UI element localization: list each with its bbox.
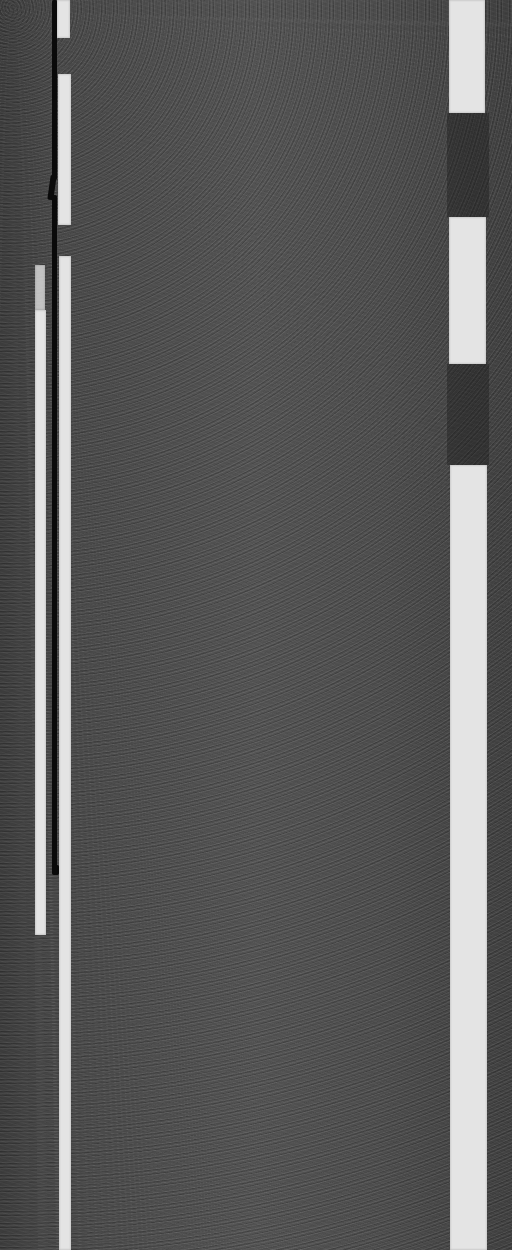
- edge-line: [35, 310, 46, 935]
- edge-line-worn: [35, 265, 45, 310]
- road-surface: Top-down aerial view of an asphalt road …: [0, 0, 512, 1250]
- pavement-crack: [52, 195, 57, 875]
- lane-marking-solid: [59, 256, 71, 1250]
- lane-marking-dash: [449, 217, 486, 364]
- worn-gap-shadow: [447, 364, 489, 465]
- worn-gap-shadow: [447, 113, 489, 217]
- lane-marking-dash: [57, 0, 70, 38]
- asphalt-texture: [0, 0, 512, 1250]
- lane-marking-dash: [450, 465, 487, 1250]
- lane-marking-dash: [58, 74, 71, 225]
- lane-marking-dash: [449, 0, 485, 113]
